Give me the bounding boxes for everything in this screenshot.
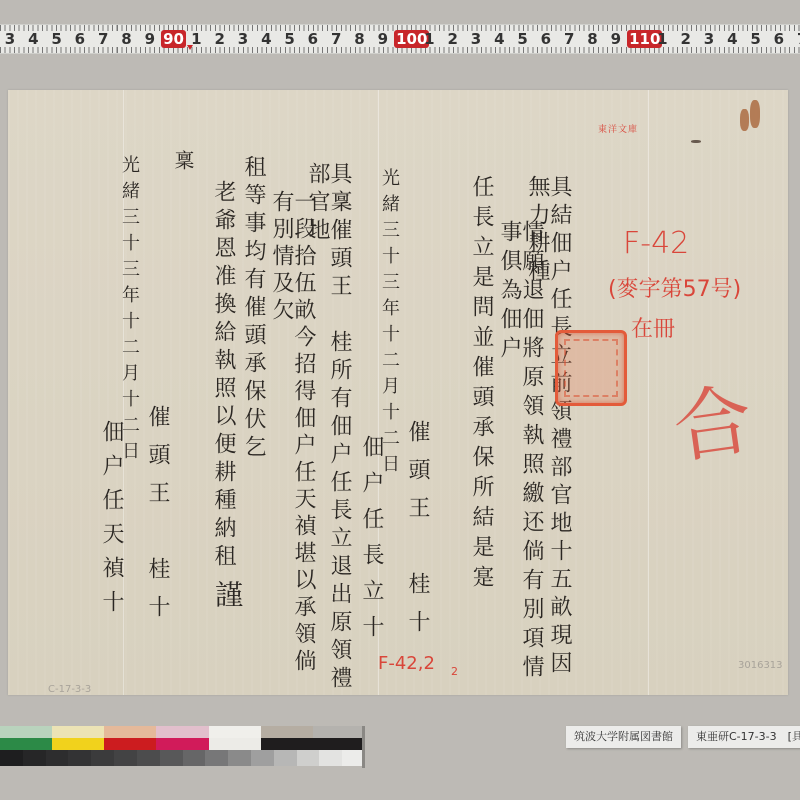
gray-step-patch — [137, 750, 160, 766]
ink-speck — [691, 140, 701, 143]
color-patch-light — [209, 726, 261, 738]
ruler-number: 2 — [445, 30, 461, 48]
petition-char: 稟 — [173, 150, 193, 176]
ruler-number: 1 — [654, 30, 670, 48]
gray-step-patch — [46, 750, 69, 766]
catalog-subnumber: (麥字第57号) — [608, 272, 741, 303]
stain-mark — [740, 109, 749, 131]
signature-headman-2: 催頭王 桂十 — [146, 405, 168, 633]
color-patch-saturated — [104, 738, 156, 750]
red-seal-stamp — [555, 330, 627, 406]
text-column-9: 租等事均有催頭承保伏乞 — [242, 155, 264, 463]
color-patch-light — [261, 726, 313, 738]
document-sheet: 具結佃户任長立前領禮部官地十五畝現因無力耕種 情願退佃將原領執照繳还倘有別項情事… — [8, 90, 788, 695]
date-column-1: 光緒三十三年十二月十二日 — [380, 168, 398, 480]
color-patch-saturated — [0, 738, 52, 750]
ruler-number: 5 — [282, 30, 298, 48]
ruler-number: 2 — [678, 30, 694, 48]
ruler-number: 6 — [72, 30, 88, 48]
ruler-number: 4 — [724, 30, 740, 48]
pencil-call-number: C-17-3-3 — [48, 684, 91, 695]
gray-step-patch — [319, 750, 342, 766]
ruler-number: 6 — [305, 30, 321, 48]
library-label: 筑波大学附属図書館 — [566, 726, 681, 748]
library-stamp-small: 東洋文庫 — [598, 122, 638, 135]
signature-tenant-2: 佃户任天禎十 — [100, 420, 122, 624]
stain-mark — [750, 100, 760, 128]
ruler-number: 8 — [585, 30, 601, 48]
gray-step-patch — [251, 750, 274, 766]
chart-edge — [362, 726, 365, 768]
color-patch-saturated — [52, 738, 104, 750]
color-patch-saturated — [209, 738, 261, 750]
color-patch-light — [0, 726, 52, 738]
ruler-number: 7 — [95, 30, 111, 48]
gray-step-patch — [297, 750, 320, 766]
gray-step-patch — [228, 750, 251, 766]
ruler-number: 1 — [421, 30, 437, 48]
respectfully-char: 謹 — [213, 580, 241, 614]
signature-headman-1: 催頭王 桂十 — [406, 420, 428, 648]
text-column-2: 情願退佃將原領執照繳还倘有別項情事俱為佃户 — [498, 220, 542, 695]
ruler-number: 90 — [161, 30, 186, 48]
color-patch-light — [313, 726, 365, 738]
ruler-number: 4 — [258, 30, 274, 48]
approval-mark: 合 — [666, 357, 759, 479]
ruler-number: 3 — [701, 30, 717, 48]
ruler-number: 7 — [328, 30, 344, 48]
signature-tenant-1: 佃户任長立十 — [360, 435, 382, 651]
gray-step-patch — [205, 750, 228, 766]
call-number-label: 東亜研C-17-3-3 [具結・ — [688, 726, 800, 748]
ruler-number: 8 — [352, 30, 368, 48]
gray-step-patch — [114, 750, 137, 766]
ruler-number: 7 — [561, 30, 577, 48]
ruler-number: 8 — [119, 30, 135, 48]
ruler-number: 3 — [468, 30, 484, 48]
ruler-number: 2 — [212, 30, 228, 48]
color-patch-saturated — [313, 738, 365, 750]
paper-fold — [648, 90, 649, 695]
color-calibration-chart — [0, 726, 365, 768]
gray-step-patch — [0, 750, 23, 766]
ruler-number: 5 — [748, 30, 764, 48]
text-column-8: 一段拾伍畝今招得佃户任天禎堪以承領倘有別情及欠 — [270, 190, 314, 695]
ruler-number: 3 — [2, 30, 18, 48]
gray-step-patch — [23, 750, 46, 766]
ruler-number: 6 — [538, 30, 554, 48]
ruler-number: 4 — [491, 30, 507, 48]
gray-step-patch — [274, 750, 297, 766]
color-patch-saturated — [156, 738, 208, 750]
ruler-number: 9 — [142, 30, 158, 48]
gray-step-patch — [91, 750, 114, 766]
pencil-id-number: 3016313 — [738, 660, 783, 671]
register-note: 在冊 — [631, 312, 675, 343]
color-patch-light — [104, 726, 156, 738]
gray-step-patch — [160, 750, 183, 766]
bottom-catalog-number: F-42,2 — [378, 653, 435, 674]
ruler-pointer-icon — [187, 45, 193, 50]
catalog-number: F-42 — [623, 226, 689, 261]
measuring-ruler: 3456789901234567891001234567891101234567 — [0, 24, 800, 54]
ruler-number: 6 — [771, 30, 787, 48]
ruler-number: 4 — [25, 30, 41, 48]
text-column-3: 任長立是問並催頭承保所結是寔 — [470, 175, 492, 595]
ruler-number: 5 — [49, 30, 65, 48]
ruler-number: 9 — [608, 30, 624, 48]
gray-step-patch — [68, 750, 91, 766]
corner-mark: 2 — [451, 665, 458, 678]
color-patch-light — [156, 726, 208, 738]
text-column-10: 老爺恩准換給執照以便耕種納租 — [212, 180, 234, 572]
ruler-number: 3 — [235, 30, 251, 48]
ruler-number: 7 — [794, 30, 800, 48]
gray-step-patch — [183, 750, 206, 766]
ruler-number: 9 — [375, 30, 391, 48]
color-patch-saturated — [261, 738, 313, 750]
color-patch-light — [52, 726, 104, 738]
ruler-number: 5 — [515, 30, 531, 48]
